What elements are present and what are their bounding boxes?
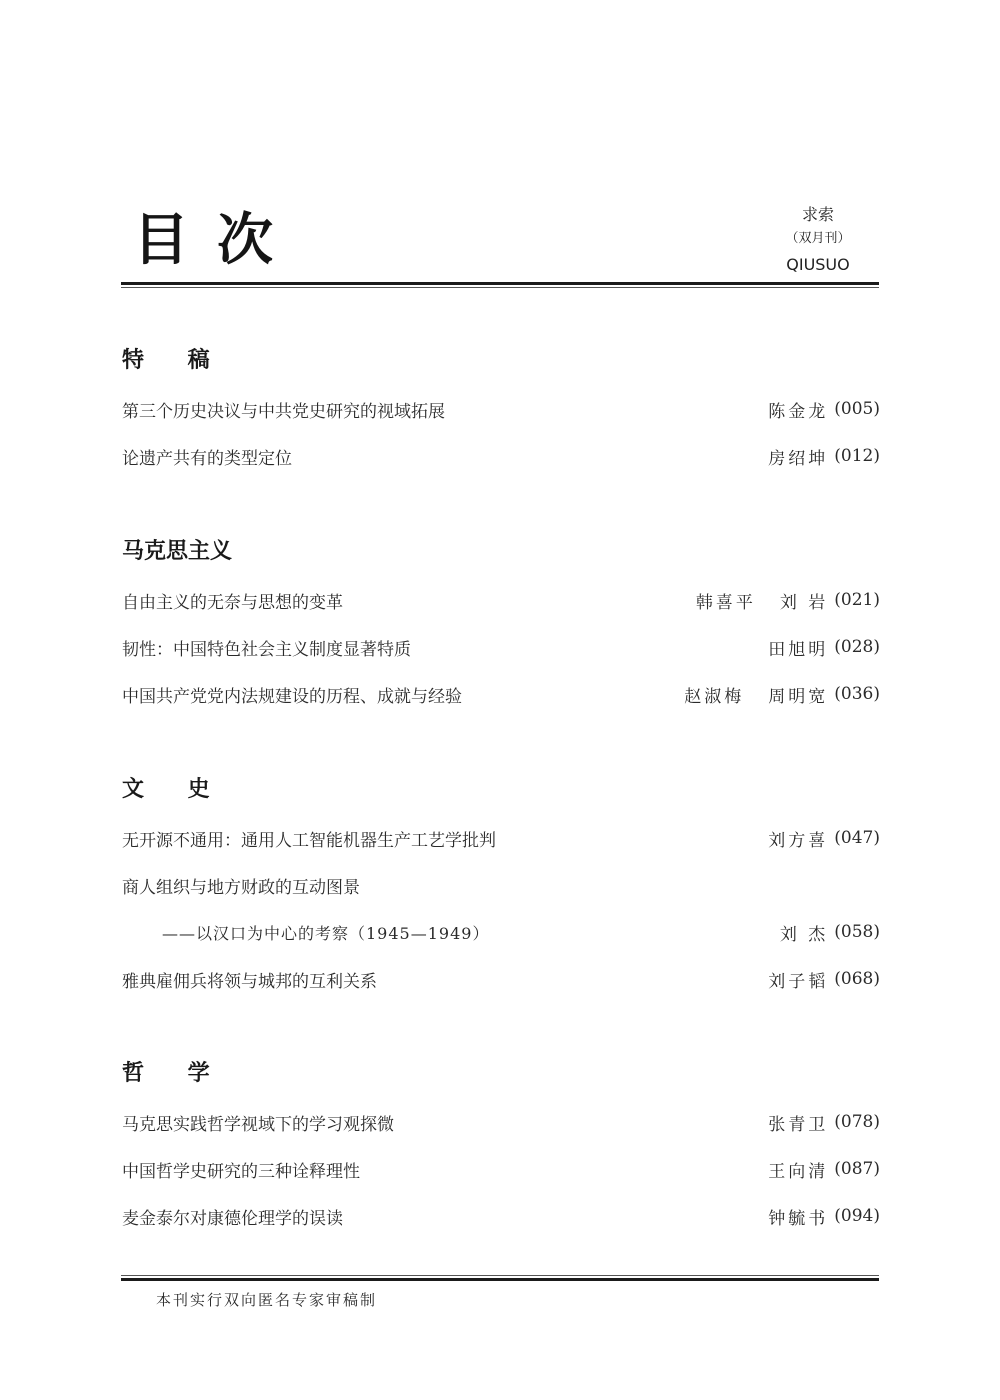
- article-title: 雅典雇佣兵将领与城邦的互利关系: [122, 967, 377, 992]
- toc-entry[interactable]: 无开源不通用：通用人工智能机器生产工艺学批判 刘方喜(047): [122, 824, 880, 852]
- article-title: 中国共产党党内法规建设的历程、成就与经验: [122, 682, 462, 707]
- toc-entry[interactable]: 麦金泰尔对康德伦理学的误读 钟毓书(094): [122, 1202, 880, 1230]
- toc-entry[interactable]: 论遗产共有的类型定位 房绍坤(012): [122, 442, 880, 470]
- article-subtitle: ——以汉口为中心的考察（1945—1949）: [122, 921, 489, 944]
- article-title: 中国哲学史研究的三种诠释理性: [122, 1157, 360, 1182]
- article-title: 论遗产共有的类型定位: [122, 444, 292, 469]
- page-number: (094): [834, 1206, 880, 1226]
- toc-entry-subtitle[interactable]: ——以汉口为中心的考察（1945—1949） 刘 杰(058): [122, 918, 880, 946]
- article-author: 王向清: [768, 1157, 828, 1182]
- page-number: (005): [834, 399, 880, 419]
- toc-entry[interactable]: 马克思实践哲学视域下的学习观探微 张青卫(078): [122, 1108, 880, 1136]
- page-number: (087): [834, 1159, 880, 1179]
- journal-name: 求索: [758, 204, 878, 226]
- article-author: 刘子韬: [768, 967, 828, 992]
- article-author: 刘 杰: [780, 920, 828, 945]
- section-heading-special: 特 稿: [122, 346, 228, 376]
- article-author: 田旭明: [768, 635, 828, 660]
- article-author: 周明宽: [768, 682, 828, 707]
- article-title: 马克思实践哲学视域下的学习观探微: [122, 1110, 394, 1135]
- toc-entry[interactable]: 中国哲学史研究的三种诠释理性 王向清(087): [122, 1155, 880, 1183]
- page-number: (058): [834, 922, 880, 942]
- page-number: (012): [834, 446, 880, 466]
- toc-entry[interactable]: 中国共产党党内法规建设的历程、成就与经验 赵淑梅周明宽(036): [122, 680, 880, 708]
- toc-entry[interactable]: 第三个历史决议与中共党史研究的视域拓展 陈金龙(005): [122, 395, 880, 423]
- article-author: 韩喜平: [696, 588, 756, 613]
- article-author: 陈金龙: [768, 397, 828, 422]
- article-title: 第三个历史决议与中共党史研究的视域拓展: [122, 397, 445, 422]
- article-title: 麦金泰尔对康德伦理学的误读: [122, 1204, 343, 1229]
- page-number: (028): [834, 637, 880, 657]
- article-title: 无开源不通用：通用人工智能机器生产工艺学批判: [122, 826, 496, 851]
- article-title: 韧性：中国特色社会主义制度显著特质: [122, 635, 411, 660]
- journal-latin-name: QIUSUO: [758, 252, 878, 278]
- toc-entry[interactable]: 雅典雇佣兵将领与城邦的互利关系 刘子韬(068): [122, 965, 880, 993]
- section-heading-philosophy: 哲 学: [122, 1059, 228, 1089]
- page-title: 目次: [133, 206, 301, 276]
- article-author: 刘方喜: [768, 826, 828, 851]
- page-number: (021): [834, 590, 880, 610]
- toc-entry[interactable]: 商人组织与地方财政的互动图景: [122, 871, 880, 899]
- journal-frequency: （双月刊）: [758, 226, 878, 252]
- article-author: 赵淑梅: [684, 682, 744, 707]
- article-author: 张青卫: [768, 1110, 828, 1135]
- article-author: 刘 岩: [780, 588, 828, 613]
- section-heading-literature-history: 文 史: [122, 775, 228, 805]
- article-author: 钟毓书: [768, 1204, 828, 1229]
- page-number: (036): [834, 684, 880, 704]
- article-author: 房绍坤: [768, 444, 828, 469]
- page-number: (078): [834, 1112, 880, 1132]
- page-number: (068): [834, 969, 880, 989]
- footer-divider: [121, 1275, 879, 1281]
- header-divider: [121, 282, 879, 288]
- toc-entry[interactable]: 韧性：中国特色社会主义制度显著特质 田旭明(028): [122, 633, 880, 661]
- article-title: 商人组织与地方财政的互动图景: [122, 873, 360, 898]
- toc-entry[interactable]: 自由主义的无奈与思想的变革 韩喜平刘 岩(021): [122, 586, 880, 614]
- section-heading-marxism: 马克思主义: [122, 537, 232, 567]
- article-title: 自由主义的无奈与思想的变革: [122, 588, 343, 613]
- journal-masthead: 求索 （双月刊） QIUSUO: [758, 204, 878, 278]
- footer-note: 本刊实行双向匿名专家审稿制: [156, 1289, 377, 1310]
- page-number: (047): [834, 828, 880, 848]
